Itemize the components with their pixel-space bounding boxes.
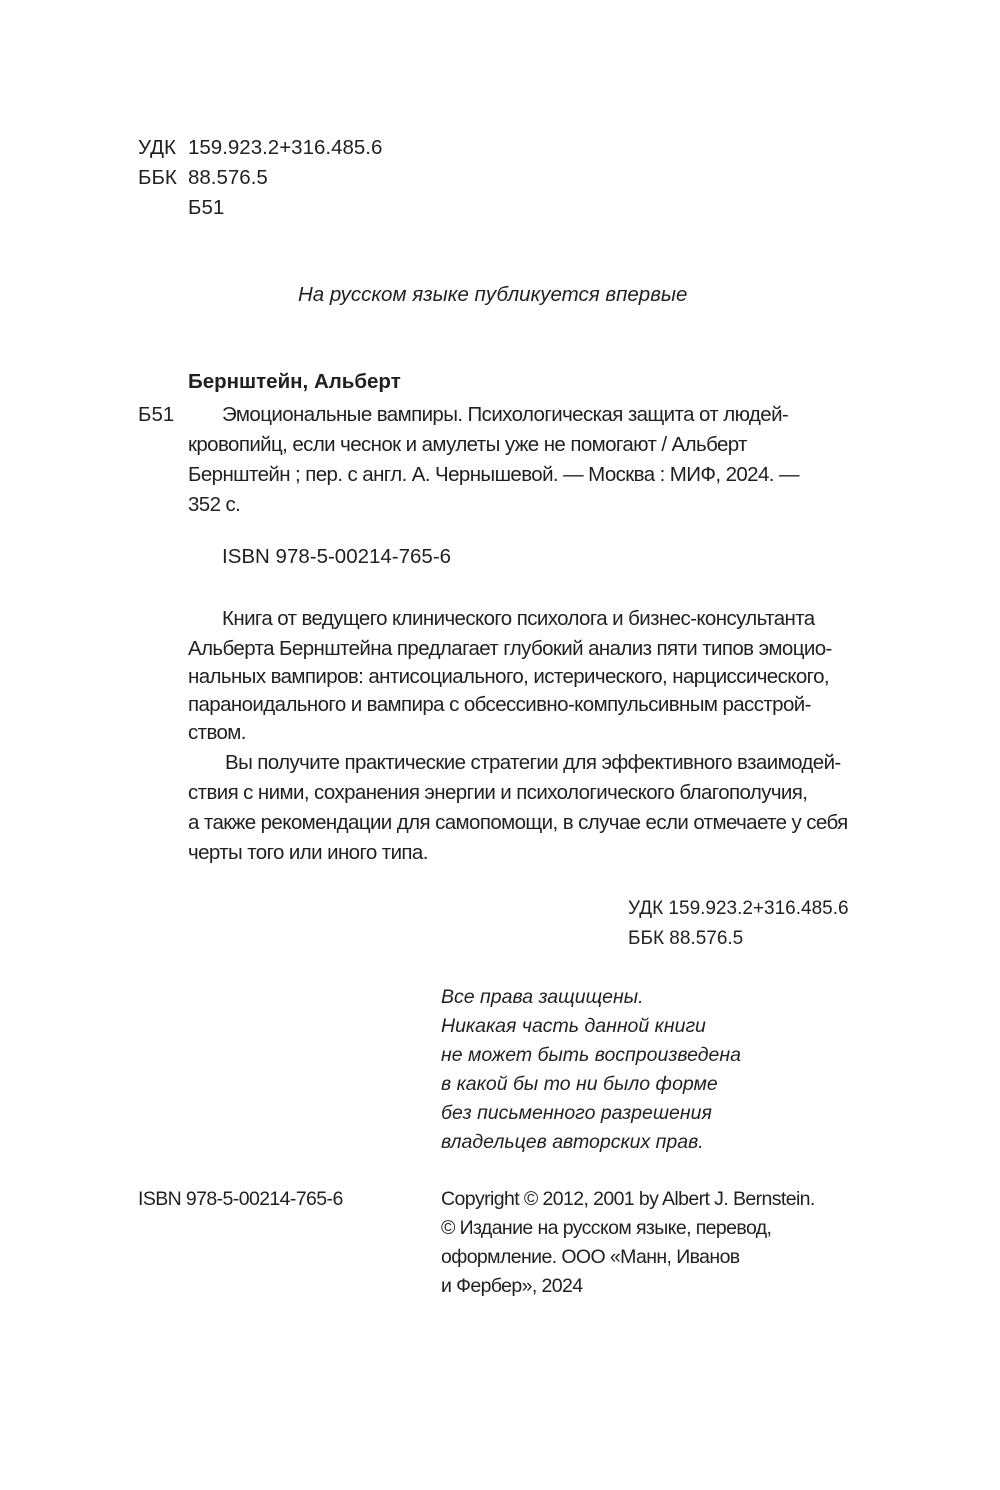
rights-line: Все права защищены.: [441, 986, 644, 1009]
annotation-line: параноидального и вампира с обсессивно-к…: [188, 693, 811, 717]
record-isbn: ISBN 978-5-00214-765-6: [222, 545, 451, 569]
annotation-line: Альберта Бернштейна предлагает глубокий …: [188, 637, 832, 661]
rights-line: без письменного разрешения: [441, 1102, 712, 1125]
annotation-line: черты того или иного типа.: [188, 841, 428, 865]
bbk-label: ББК: [138, 166, 177, 190]
udk-bottom: УДК 159.923.2+316.485.6: [628, 898, 849, 920]
record-line: Бернштейн ; пер. с англ. А. Чернышевой. …: [188, 463, 799, 487]
annotation-line: Вы получите практические стратегии для э…: [225, 751, 841, 775]
udk-value: 159.923.2+316.485.6: [188, 136, 382, 160]
rights-line: Никакая часть данной книги: [441, 1015, 706, 1038]
rights-line: не может быть воспроизведена: [441, 1044, 741, 1067]
copyright-line: и Фербер», 2024: [441, 1275, 583, 1298]
rights-line: в какой бы то ни было форме: [441, 1073, 718, 1096]
udk-label: УДК: [138, 136, 176, 160]
author-mark: Б51: [188, 196, 224, 220]
record-line: 352 с.: [188, 493, 240, 517]
first-publication-note: На русском языке публикуется впервые: [298, 283, 687, 307]
author-heading: Бернштейн, Альберт: [188, 370, 401, 394]
record-line: кровопийц, если чеснок и амулеты уже не …: [188, 433, 747, 457]
bbk-bottom: ББК 88.576.5: [628, 928, 743, 950]
record-author-mark: Б51: [138, 403, 174, 427]
record-line: Эмоциональные вампиры. Психологическая з…: [222, 403, 788, 427]
annotation-line: ствия с ними, сохранения энергии и психо…: [188, 781, 807, 805]
copyright-line: © Издание на русском языке, перевод,: [441, 1217, 771, 1240]
bbk-value: 88.576.5: [188, 166, 268, 190]
copyright-line: Copyright © 2012, 2001 by Albert J. Bern…: [441, 1188, 815, 1211]
annotation-line: ством.: [188, 721, 246, 745]
annotation-line: нальных вампиров: антисоциального, истер…: [188, 665, 829, 689]
copyright-line: оформление. ООО «Манн, Иванов: [441, 1246, 740, 1269]
footer-isbn: ISBN 978-5-00214-765-6: [138, 1188, 343, 1211]
rights-line: владельцев авторских прав.: [441, 1131, 704, 1154]
annotation-line: Книга от ведущего клинического психолога…: [222, 607, 815, 631]
annotation-line: а также рекомендации для самопомощи, в с…: [188, 811, 848, 835]
